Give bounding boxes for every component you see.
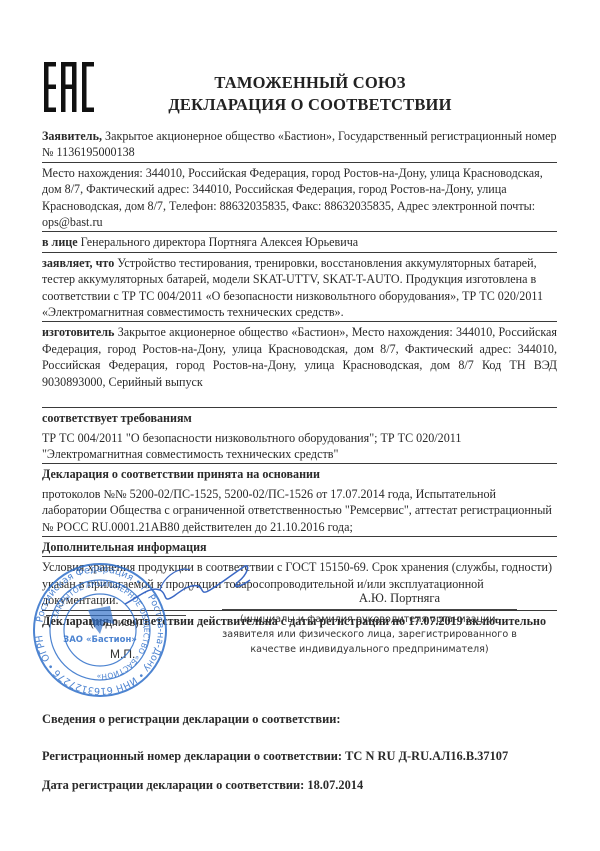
svg-text:ЗАО «Бастион»: ЗАО «Бастион»	[63, 635, 137, 645]
title-line-1: ТАМОЖЕННЫЙ СОЮЗ	[150, 72, 470, 94]
declaration-body: Заявитель, Закрытое акционерное общество…	[42, 126, 557, 630]
applicant-label: Заявитель,	[42, 129, 102, 143]
declares-text: Устройство тестирования, тренировки, вос…	[42, 256, 543, 319]
registration-number: Регистрационный номер декларации о соотв…	[42, 749, 562, 764]
location-section: Место нахождения: 344010, Российская Фед…	[42, 163, 557, 233]
complies-text: ТР ТС 004/2011 "О безопасности низковоль…	[42, 431, 461, 461]
registration-heading: Сведения о регистрации декларации о соот…	[42, 712, 562, 727]
document-title: ТАМОЖЕННЫЙ СОЮЗ ДЕКЛАРАЦИЯ О СООТВЕТСТВИ…	[150, 72, 470, 116]
eac-logo	[44, 62, 94, 112]
location-text: Место нахождения: 344010, Российская Фед…	[42, 166, 543, 229]
applicant-section: Заявитель, Закрытое акционерное общество…	[42, 126, 557, 163]
registration-info: Сведения о регистрации декларации о соот…	[42, 712, 562, 807]
basis-heading: Декларация о соответствии принята на осн…	[42, 464, 557, 483]
applicant-text: Закрытое акционерное общество «Бастион»,…	[42, 129, 557, 159]
manufacturer-label: изготовитель	[42, 325, 114, 339]
registration-date: Дата регистрации декларации о соответств…	[42, 778, 562, 793]
complies-heading: соответствует требованиям	[42, 408, 557, 427]
basis-text: протоколов №№ 5200-02/ПС-1525, 5200-02/П…	[42, 487, 552, 534]
title-line-2: ДЕКЛАРАЦИЯ О СООТВЕТСТВИИ	[150, 94, 470, 116]
handwritten-signature	[120, 556, 270, 616]
complies-section: ТР ТС 004/2011 "О безопасности низковоль…	[42, 428, 557, 465]
representative-text: Генерального директора Портняга Алексея …	[78, 235, 359, 249]
declares-label: заявляет, что	[42, 256, 114, 270]
manufacturer-section: изготовитель Закрытое акционерное общест…	[42, 322, 557, 408]
representative-label: в лице	[42, 235, 78, 249]
signer-name: А.Ю. Портняга	[272, 591, 527, 606]
representative-section: в лице Генерального директора Портняга А…	[42, 232, 557, 252]
name-caption: (инициалы и фамилия руководителя организ…	[222, 612, 517, 657]
basis-section: протоколов №№ 5200-02/ПС-1525, 5200-02/П…	[42, 484, 557, 537]
manufacturer-text: Закрытое акционерное общество «Бастион»,…	[42, 325, 557, 388]
declares-section: заявляет, что Устройство тестирования, т…	[42, 253, 557, 323]
additional-heading: Дополнительная информация	[42, 537, 557, 557]
